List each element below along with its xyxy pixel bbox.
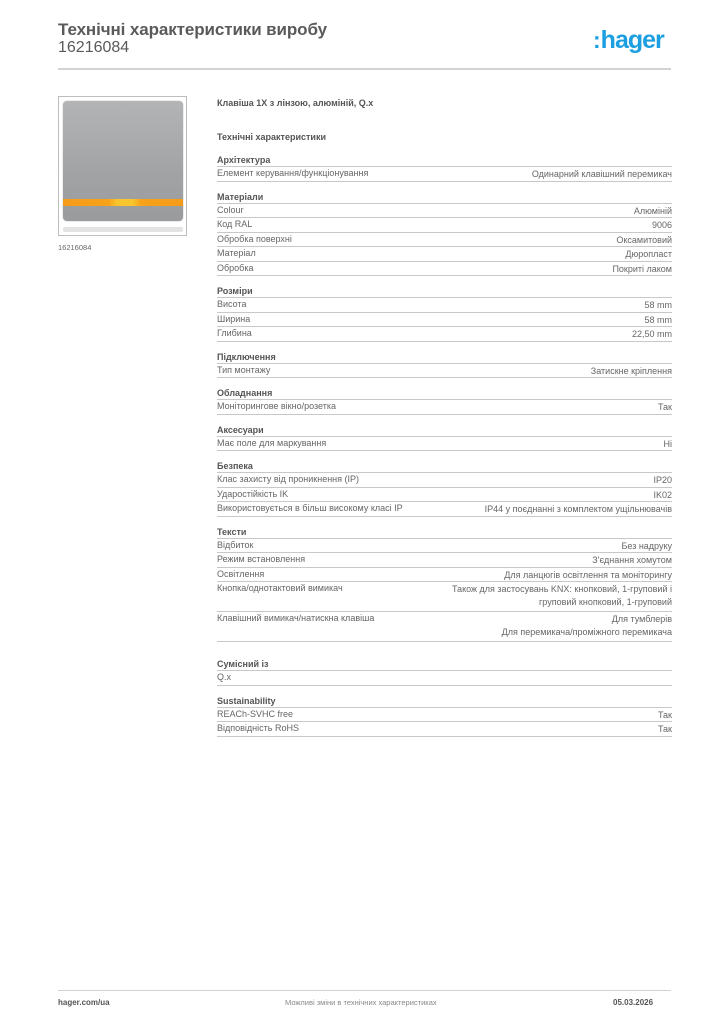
spec-row: МатеріалДюропласт: [217, 247, 672, 262]
spec-row: Кнопка/однотактовий вимикачТакож для зас…: [217, 582, 672, 612]
spec-row: ColourАлюміній: [217, 204, 672, 219]
spec-row: Висота58 mm: [217, 298, 672, 313]
product-shadow: [63, 227, 183, 232]
spec-group-title: Архітектура: [217, 154, 672, 167]
spec-row: ОсвітленняДля ланцюгів освітлення та мон…: [217, 568, 672, 583]
spec-label: Обробка поверхні: [217, 233, 292, 247]
spec-label: REACh-SVHC free: [217, 708, 293, 722]
product-name: Клавіша 1X з лінзою, алюміній, Q.x: [217, 96, 672, 110]
spec-label: Ударостійкість IK: [217, 488, 288, 502]
spec-value: Без надруку: [253, 539, 672, 553]
spec-value: Одинарний клавішний перемикач: [368, 167, 672, 181]
spec-row: Моніторингове вікно/розеткаТак: [217, 400, 672, 415]
spec-value: IP20: [359, 473, 672, 487]
spec-group: ТекстиВідбитокБез надрукуРежим встановле…: [217, 526, 672, 643]
spec-group-title: Сумісний із: [217, 658, 672, 671]
spec-row: REACh-SVHC freeТак: [217, 708, 672, 723]
spec-row: Ударостійкість IKIK02: [217, 488, 672, 503]
spec-row: Q.x: [217, 671, 672, 686]
spec-value: Оксамитовий: [292, 233, 672, 247]
hager-logo: :hager: [593, 28, 664, 53]
spec-row: Обробка поверхніОксамитовий: [217, 233, 672, 248]
spec-label: Відбиток: [217, 539, 253, 553]
spec-group-title: Обладнання: [217, 387, 672, 400]
spec-value: Так: [293, 708, 672, 722]
spec-group: Сумісний ізQ.x: [217, 658, 672, 686]
spec-label: Має поле для маркування: [217, 437, 326, 451]
spec-row: Відповідність RoHSТак: [217, 722, 672, 737]
spec-row: Код RAL9006: [217, 218, 672, 233]
spec-group-title: Матеріали: [217, 191, 672, 204]
spec-row: Клавішний вимикач/натискна клавішаДля ту…: [217, 612, 672, 642]
spec-group: АксесуариМає поле для маркуванняНі: [217, 424, 672, 452]
spec-label: Висота: [217, 298, 246, 312]
spec-group: SustainabilityREACh-SVHC freeТакВідповід…: [217, 695, 672, 737]
spec-value: Так: [336, 400, 672, 414]
spec-value: 58 mm: [250, 313, 672, 327]
page-title: Технічні характеристики виробу: [58, 20, 327, 40]
spec-group: ПідключенняТип монтажуЗатискне кріплення: [217, 351, 672, 379]
spec-row: Тип монтажуЗатискне кріплення: [217, 364, 672, 379]
footer-divider: [58, 990, 671, 991]
spec-value: Так: [299, 722, 672, 736]
spec-label: Елемент керування/функціонування: [217, 167, 368, 181]
spec-label: Тип монтажу: [217, 364, 270, 378]
spec-row: Використовується в більш високому класі …: [217, 502, 672, 517]
spec-group: ОбладнанняМоніторингове вікно/розеткаТак: [217, 387, 672, 415]
spec-label: Клас захисту від проникнення (IP): [217, 473, 359, 487]
spec-value: Покриті лаком: [253, 262, 672, 276]
spec-group: РозміриВисота58 mmШирина58 mmГлибина22,5…: [217, 285, 672, 342]
product-image: [58, 96, 187, 236]
spec-value: Для тумблерів Для перемикача/проміжного …: [374, 612, 672, 638]
spec-groups: АрхітектураЕлемент керування/функціонува…: [217, 154, 672, 737]
spec-group-title: Розміри: [217, 285, 672, 298]
spec-group-title: Аксесуари: [217, 424, 672, 437]
footer-date: 05.03.2026: [613, 998, 653, 1007]
spec-label: Використовується в більш високому класі …: [217, 502, 403, 516]
product-image-caption: 16216084: [58, 243, 91, 252]
spec-label: Colour: [217, 204, 244, 218]
spec-value: Дюропласт: [256, 247, 672, 261]
spec-label: Освітлення: [217, 568, 264, 582]
logo-colon-icon: :: [593, 27, 600, 53]
spec-row: ВідбитокБез надруку: [217, 539, 672, 554]
spec-row: Режим встановленняЗ'єднання хомутом: [217, 553, 672, 568]
spec-label: Код RAL: [217, 218, 252, 232]
spec-group: БезпекаКлас захисту від проникнення (IP)…: [217, 460, 672, 517]
spec-label: Кнопка/однотактовий вимикач: [217, 582, 343, 608]
spec-value: Ні: [326, 437, 672, 451]
footer-website[interactable]: hager.com/ua: [58, 998, 110, 1007]
spec-label: Клавішний вимикач/натискна клавіша: [217, 612, 374, 638]
spec-value: Затискне кріплення: [270, 364, 672, 378]
spec-label: Моніторингове вікно/розетка: [217, 400, 336, 414]
orange-lens-strip: [63, 199, 183, 206]
header-divider: [58, 68, 671, 70]
spec-row: Клас захисту від проникнення (IP)IP20: [217, 473, 672, 488]
spec-label: Матеріал: [217, 247, 256, 261]
spec-value: IP44 у поєднанні з комплектом ущільнювач…: [403, 502, 672, 516]
spec-label: Відповідність RoHS: [217, 722, 299, 736]
spec-value: 9006: [252, 218, 672, 232]
spec-label: Q.x: [217, 671, 231, 685]
spec-section-title: Технічні характеристики: [217, 130, 672, 144]
spec-content: Клавіша 1X з лінзою, алюміній, Q.x Техні…: [217, 96, 672, 746]
spec-row: Елемент керування/функціонуванняОдинарни…: [217, 167, 672, 182]
spec-label: Ширина: [217, 313, 250, 327]
spec-group-title: Тексти: [217, 526, 672, 539]
spec-row: Має поле для маркуванняНі: [217, 437, 672, 452]
spec-label: Обробка: [217, 262, 253, 276]
spec-group-title: Sustainability: [217, 695, 672, 708]
spec-value: Також для застосувань KNX: кнопковий, 1-…: [343, 582, 672, 608]
spec-row: ОбробкаПокриті лаком: [217, 262, 672, 277]
spec-value: 58 mm: [246, 298, 672, 312]
product-number: 16216084: [58, 39, 129, 57]
spec-row: Глибина22,50 mm: [217, 327, 672, 342]
spec-group: АрхітектураЕлемент керування/функціонува…: [217, 154, 672, 182]
spec-label: Глибина: [217, 327, 252, 341]
spec-value: [231, 671, 672, 685]
spec-value: Для ланцюгів освітлення та моніторингу: [264, 568, 672, 582]
logo-text: hager: [601, 26, 664, 54]
spec-group-title: Підключення: [217, 351, 672, 364]
spec-value: Алюміній: [244, 204, 672, 218]
spec-value: IK02: [288, 488, 672, 502]
spec-value: 22,50 mm: [252, 327, 672, 341]
footer-disclaimer: Можливі зміни в технічних характеристика…: [285, 998, 437, 1007]
spec-row: Ширина58 mm: [217, 313, 672, 328]
rocker-switch-image: [63, 101, 183, 221]
spec-value: З'єднання хомутом: [305, 553, 672, 567]
spec-label: Режим встановлення: [217, 553, 305, 567]
spec-group: МатеріалиColourАлюмінійКод RAL9006Обробк…: [217, 191, 672, 277]
spec-group-title: Безпека: [217, 460, 672, 473]
